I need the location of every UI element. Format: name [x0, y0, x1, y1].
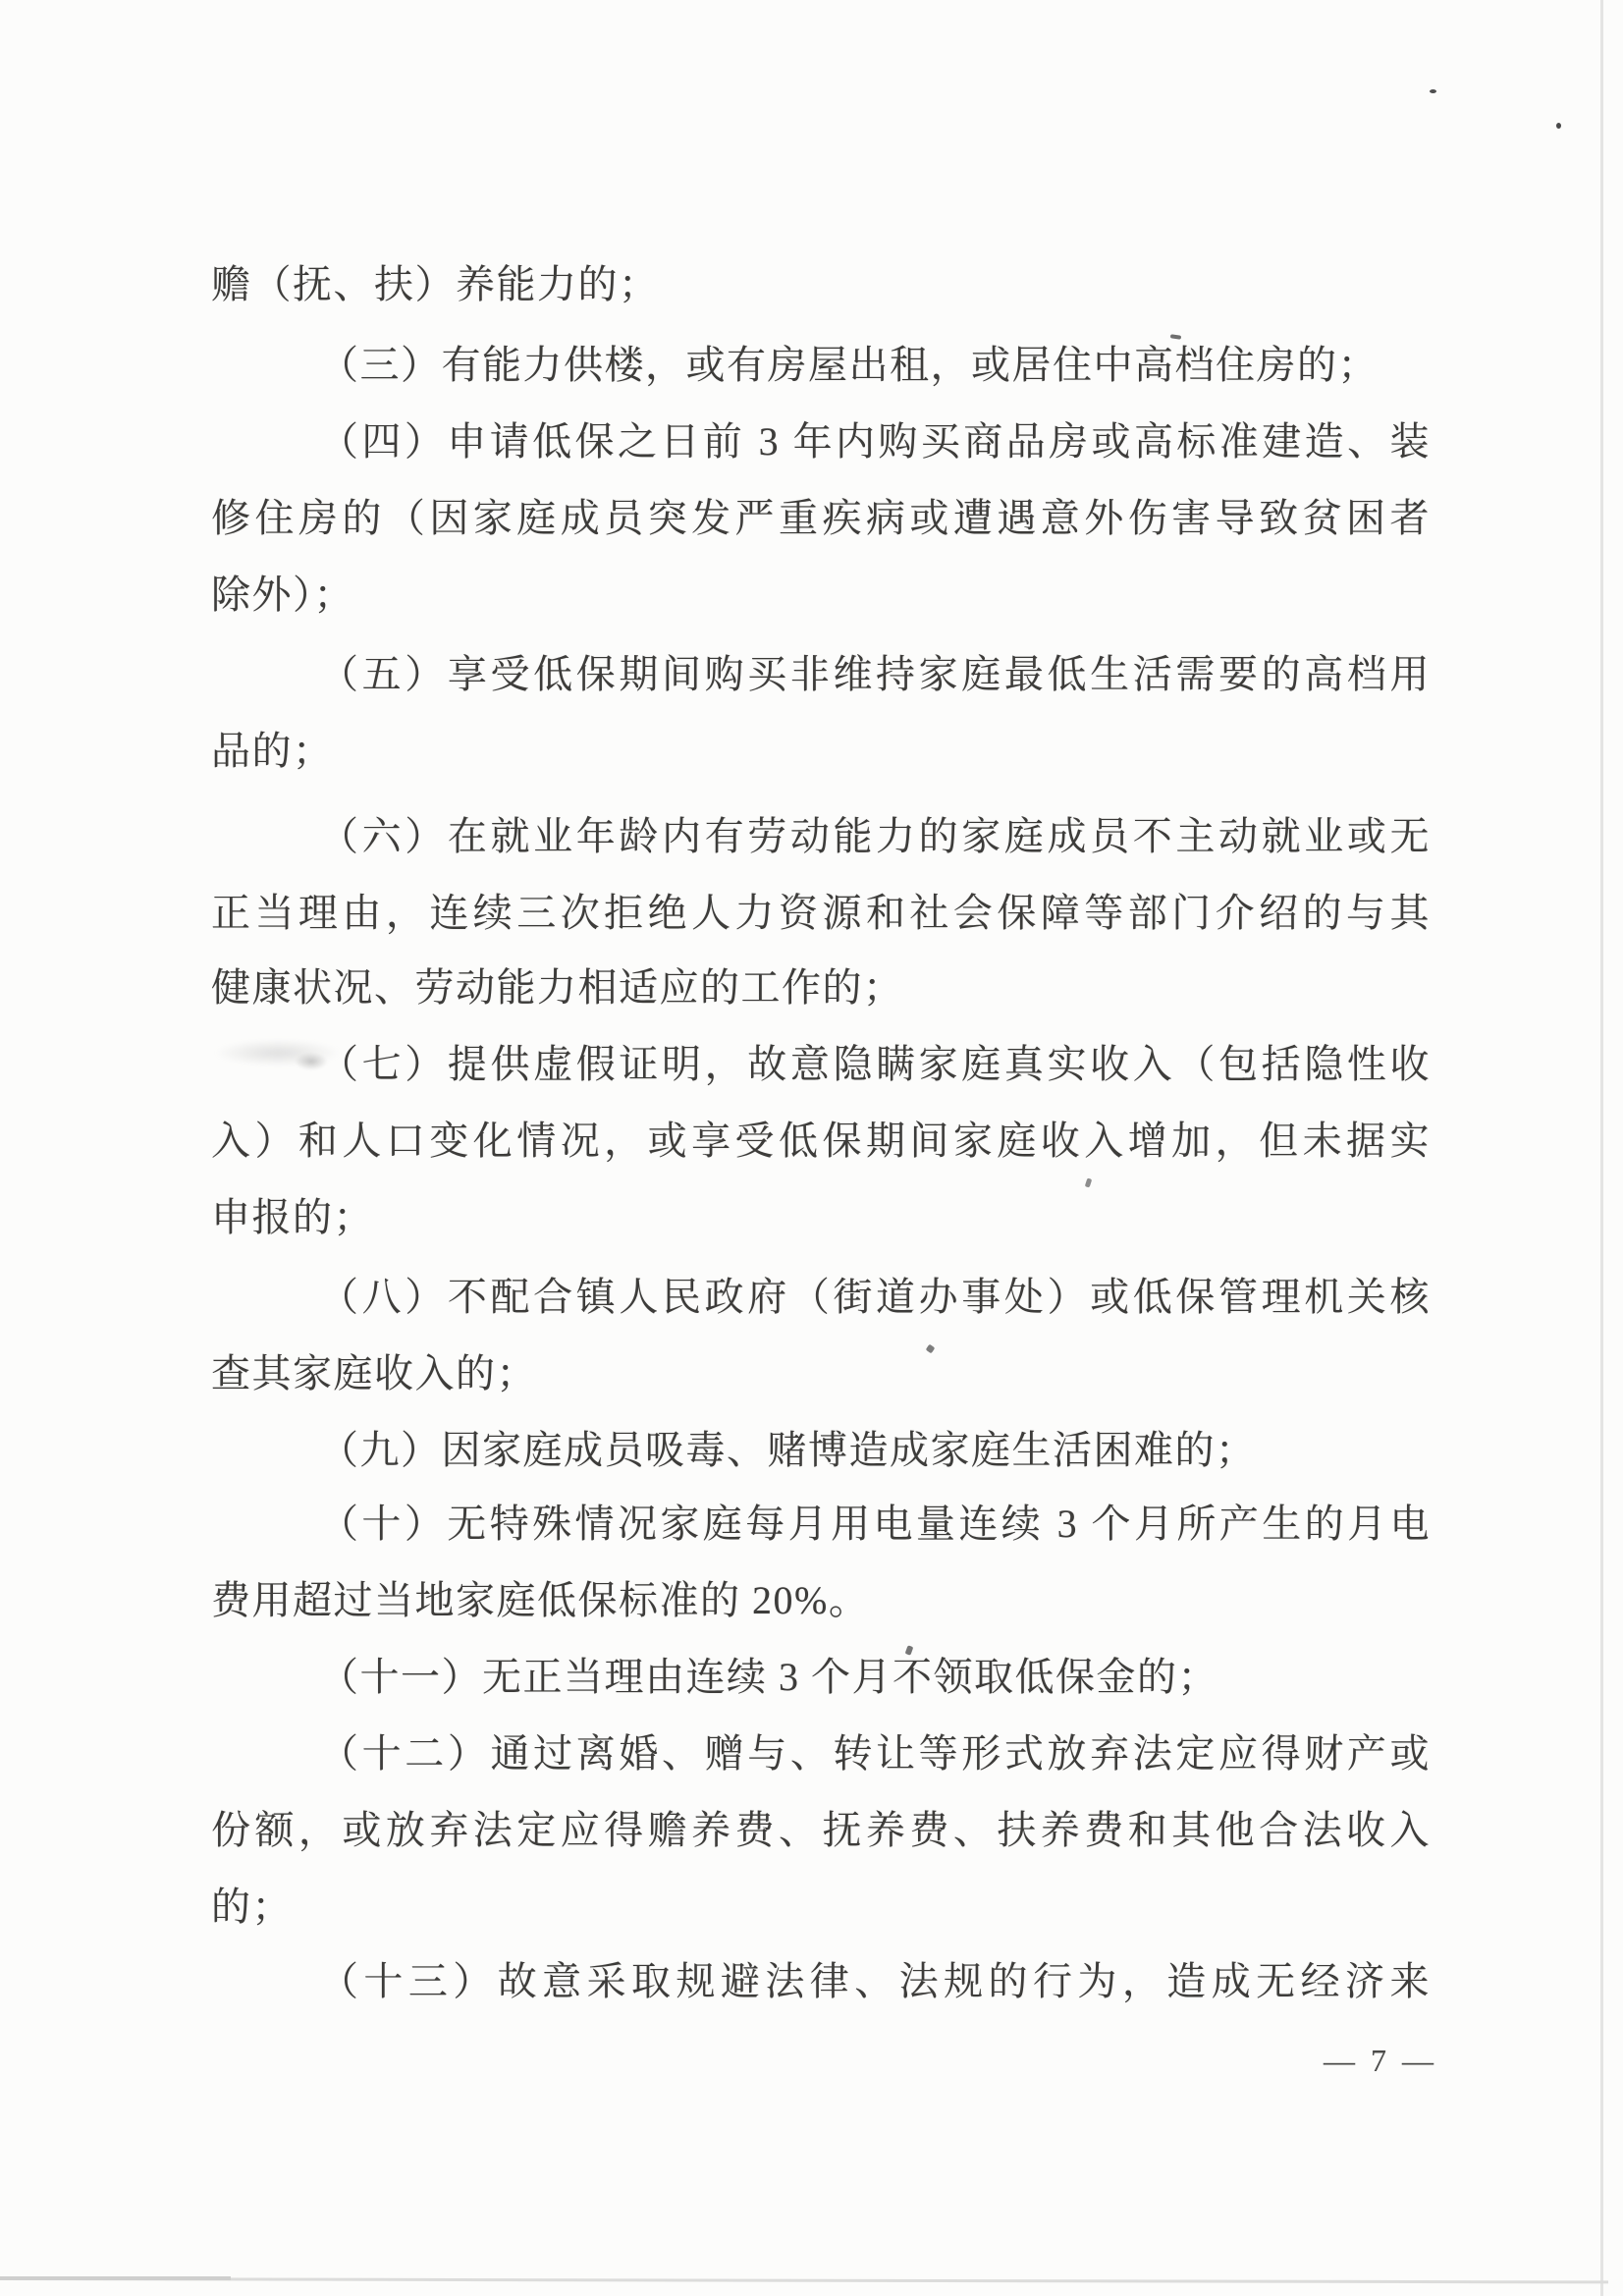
ink-speck-top-right-1 — [1430, 89, 1436, 93]
body-line-22: 的； — [211, 1883, 1431, 1932]
body-line-17: （十）无特殊情况家庭每月用电量连续 3 个月所产生的月电 — [211, 1500, 1431, 1549]
body-line-16: （九）因家庭成员吸毒、赌博造成家庭生活困难的； — [211, 1426, 1431, 1475]
body-line-9: 正当理由，连续三次拒绝人力资源和社会保障等部门介绍的与其 — [211, 889, 1431, 938]
page-number: — 7 — — [1324, 2043, 1441, 2079]
body-line-10: 健康状况、劳动能力相适应的工作的； — [211, 963, 1431, 1012]
scan-edge-right-line — [1600, 0, 1603, 2296]
body-line-20: （十二）通过离婚、赠与、转让等形式放弃法定应得财产或 — [211, 1729, 1431, 1778]
body-line-11: （七）提供虚假证明，故意隐瞒家庭真实收入（包括隐性收 — [211, 1040, 1431, 1089]
body-line-23: （十三）故意采取规避法律、法规的行为，造成无经济来 — [211, 1957, 1431, 2006]
body-line-7: 品的； — [211, 727, 1431, 776]
ink-speck-line-12 — [1085, 1177, 1093, 1187]
body-line-4: 修住房的（因家庭成员突发严重疾病或遭遇意外伤害导致贫困者 — [211, 494, 1431, 543]
scanned-document-page: 赡（抚、扶）养能力的； （三）有能力供楼，或有房屋出租，或居住中高档住房的； （… — [0, 0, 1623, 2296]
ink-speck-top-right-2 — [1556, 123, 1561, 129]
scan-edge-bottom-line — [0, 2277, 1608, 2283]
body-line-14: （八）不配合镇人民政府（街道办事处）或低保管理机关核 — [211, 1273, 1431, 1322]
body-line-6: （五）享受低保期间购买非维持家庭最低生活需要的高档用 — [211, 650, 1431, 699]
body-line-5: 除外）； — [211, 571, 1431, 620]
body-line-3: （四）申请低保之日前 3 年内购买商品房或高标准建造、装 — [211, 417, 1431, 466]
body-line-18: 费用超过当地家庭低保标准的 20%。 — [211, 1576, 1431, 1625]
body-line-1: 赡（抚、扶）养能力的； — [211, 260, 1431, 309]
ink-speck-line-3 — [1170, 334, 1181, 339]
body-line-2: （三）有能力供楼，或有房屋出租，或居住中高档住房的； — [211, 341, 1431, 390]
scan-edge-bottom-dark — [0, 2276, 231, 2280]
body-line-12: 入）和人口变化情况，或享受低保期间家庭收入增加，但未据实 — [211, 1117, 1431, 1166]
body-line-21: 份额，或放弃法定应得赡养费、抚养费、扶养费和其他合法收入 — [211, 1806, 1431, 1855]
body-line-8: （六）在就业年龄内有劳动能力的家庭成员不主动就业或无 — [211, 812, 1431, 861]
body-line-19: （十一）无正当理由连续 3 个月不领取低保金的； — [211, 1653, 1431, 1702]
body-line-15: 查其家庭收入的； — [211, 1349, 1431, 1398]
body-line-13: 申报的； — [211, 1193, 1431, 1242]
